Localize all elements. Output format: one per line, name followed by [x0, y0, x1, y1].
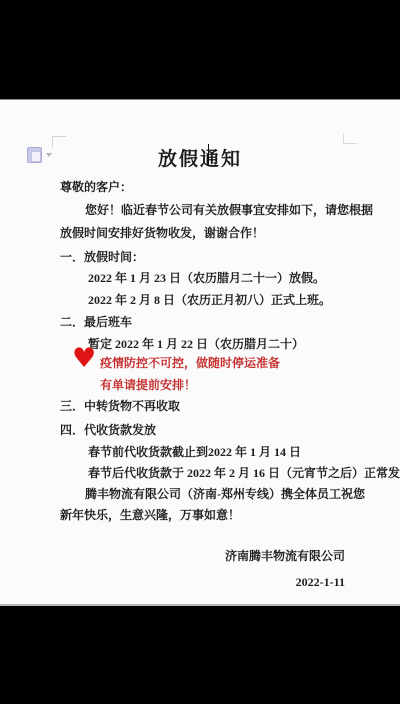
section-1-item-2: 2022 年 2 月 8 日（农历正月初八）正式上班。 — [88, 293, 331, 307]
document-title: 放假通知 — [0, 144, 400, 171]
closing-line-2: 新年快乐，生意兴隆，万事如意！ — [60, 508, 240, 522]
section-1-heading: 一．放假时间： — [60, 250, 144, 264]
section-3-heading: 三．中转货物不再收取 — [60, 399, 180, 413]
document-page: 放假通知 尊敬的客户： 您好！临近春节公司有关放假事宜安排如下，请您根据 放假时… — [0, 100, 400, 604]
section-4-heading: 四．代收货款发放 — [60, 423, 156, 437]
section-4-item-1: 春节前代收货款截止到2022 年 1 月 14 日 — [88, 445, 301, 459]
phone-screen: 放假通知 尊敬的客户： 您好！临近春节公司有关放假事宜安排如下，请您根据 放假时… — [0, 0, 400, 704]
section-2-heading: 二．最后班车 — [60, 315, 132, 329]
closing-line-1: 腾丰物流有限公司（济南-郑州专线）携全体员工祝您 — [85, 487, 365, 501]
warning-line-1: 疫情防控不可控，做随时停运准备 — [100, 356, 280, 370]
section-2-item-1: 暂定 2022 年 1 月 22 日（农历腊月二十） — [88, 337, 304, 351]
margin-corner-mark-right — [343, 133, 357, 144]
warning-line-2: 有单请提前安排！ — [100, 378, 196, 392]
section-1-item-1: 2022 年 1 月 23 日（农历腊月二十一）放假。 — [88, 271, 325, 285]
heart-icon: ♥ — [72, 345, 96, 372]
section-4-item-2: 春节后代收货款于 2022 年 2 月 16 日（元宵节之后）正常发放 — [88, 466, 400, 480]
salutation-line: 尊敬的客户： — [60, 180, 132, 194]
text-cursor — [208, 144, 209, 166]
signature-date: 2022-1-11 — [296, 575, 345, 589]
greeting-line-2: 放假时间安排好货物收发，谢谢合作！ — [60, 226, 264, 240]
letterbox-bottom — [0, 604, 400, 704]
signature-company: 济南腾丰物流有限公司 — [225, 549, 345, 563]
letterbox-top — [0, 0, 400, 100]
greeting-line-1: 您好！临近春节公司有关放假事宜安排如下，请您根据 — [85, 203, 373, 217]
